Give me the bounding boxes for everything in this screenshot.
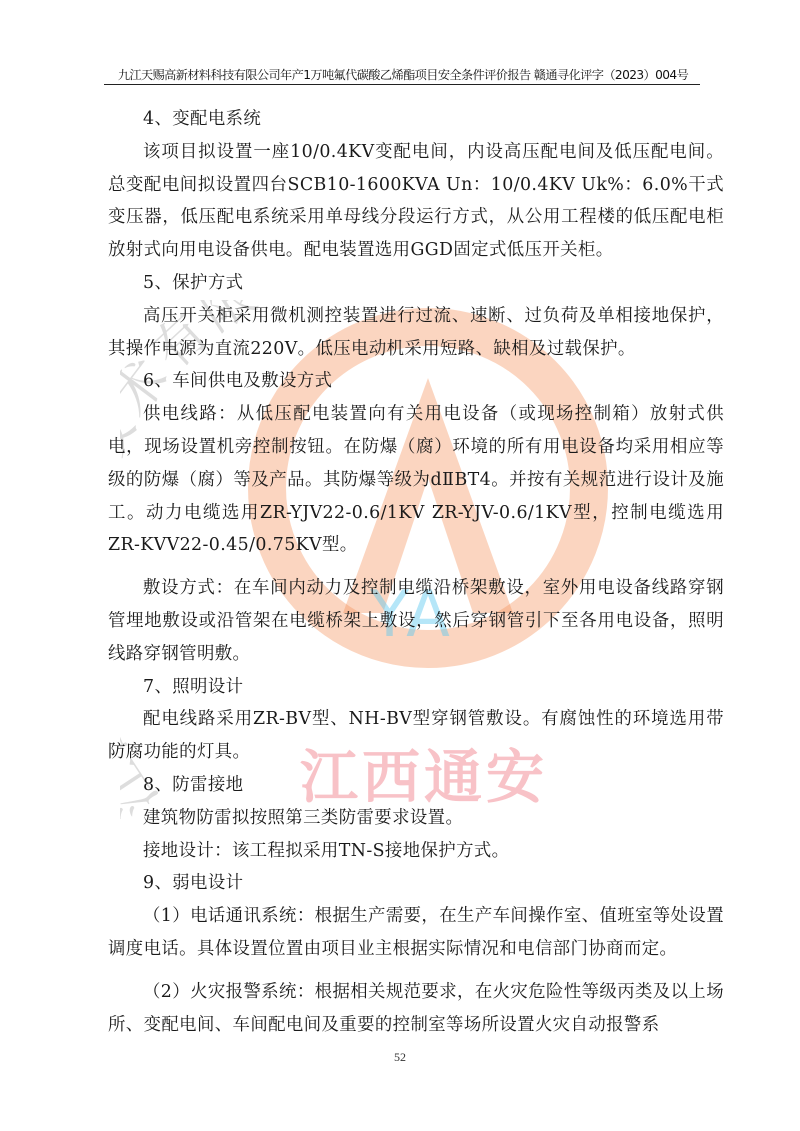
page-number: 52 [0, 1050, 800, 1065]
paragraph: （2）火灾报警系统：根据相关规范要求，在火灾危险性等级丙类及以上场所、变配电间、… [108, 976, 724, 1042]
header-divider [104, 84, 700, 85]
running-header: 九江天赐高新材料科技有限公司年产1万吨氟代碳酸乙烯酯项目安全条件评价报告 赣通寻… [108, 66, 698, 83]
plain-line: 接地设计：该工程拟采用TN-S接地保护方式。 [108, 835, 724, 868]
document-page: 江西通安安全技术有限公司 YA 江西通安 九江天赐高新材料科技有限公司年产1万吨… [0, 0, 800, 1131]
plain-line: 建筑物防雷拟按照第三类防雷要求设置。 [108, 802, 724, 835]
paragraph: （1）电话通讯系统：根据生产需要，在生产车间操作室、值班室等处设置调度电话。具体… [108, 900, 724, 966]
paragraph: 配电线路采用ZR-BV型、NH-BV型穿钢管敷设。有腐蚀性的环境选用带防腐功能的… [108, 703, 724, 769]
section-heading: 9、弱电设计 [108, 867, 724, 900]
paragraph: 高压开关柜采用微机测控装置进行过流、速断、过负荷及单相接地保护，其操作电源为直流… [108, 300, 724, 366]
section-heading: 4、变配电系统 [108, 103, 724, 136]
document-body: 4、变配电系统 该项目拟设置一座10/0.4KV变配电间，内设高压配电间及低压配… [108, 103, 724, 1041]
section-heading: 5、保护方式 [108, 267, 724, 300]
section-heading: 7、照明设计 [108, 671, 724, 704]
section-heading: 6、车间供电及敷设方式 [108, 365, 724, 398]
paragraph: 该项目拟设置一座10/0.4KV变配电间，内设高压配电间及低压配电间。总变配电间… [108, 136, 724, 267]
paragraph: 供电线路：从低压配电装置向有关用电设备（或现场控制箱）放射式供电，现场设置机旁控… [108, 398, 724, 562]
paragraph: 敷设方式：在车间内动力及控制电缆沿桥架敷设，室外用电设备线路穿钢管埋地敷设或沿管… [108, 572, 724, 670]
section-heading: 8、防雷接地 [108, 769, 724, 802]
